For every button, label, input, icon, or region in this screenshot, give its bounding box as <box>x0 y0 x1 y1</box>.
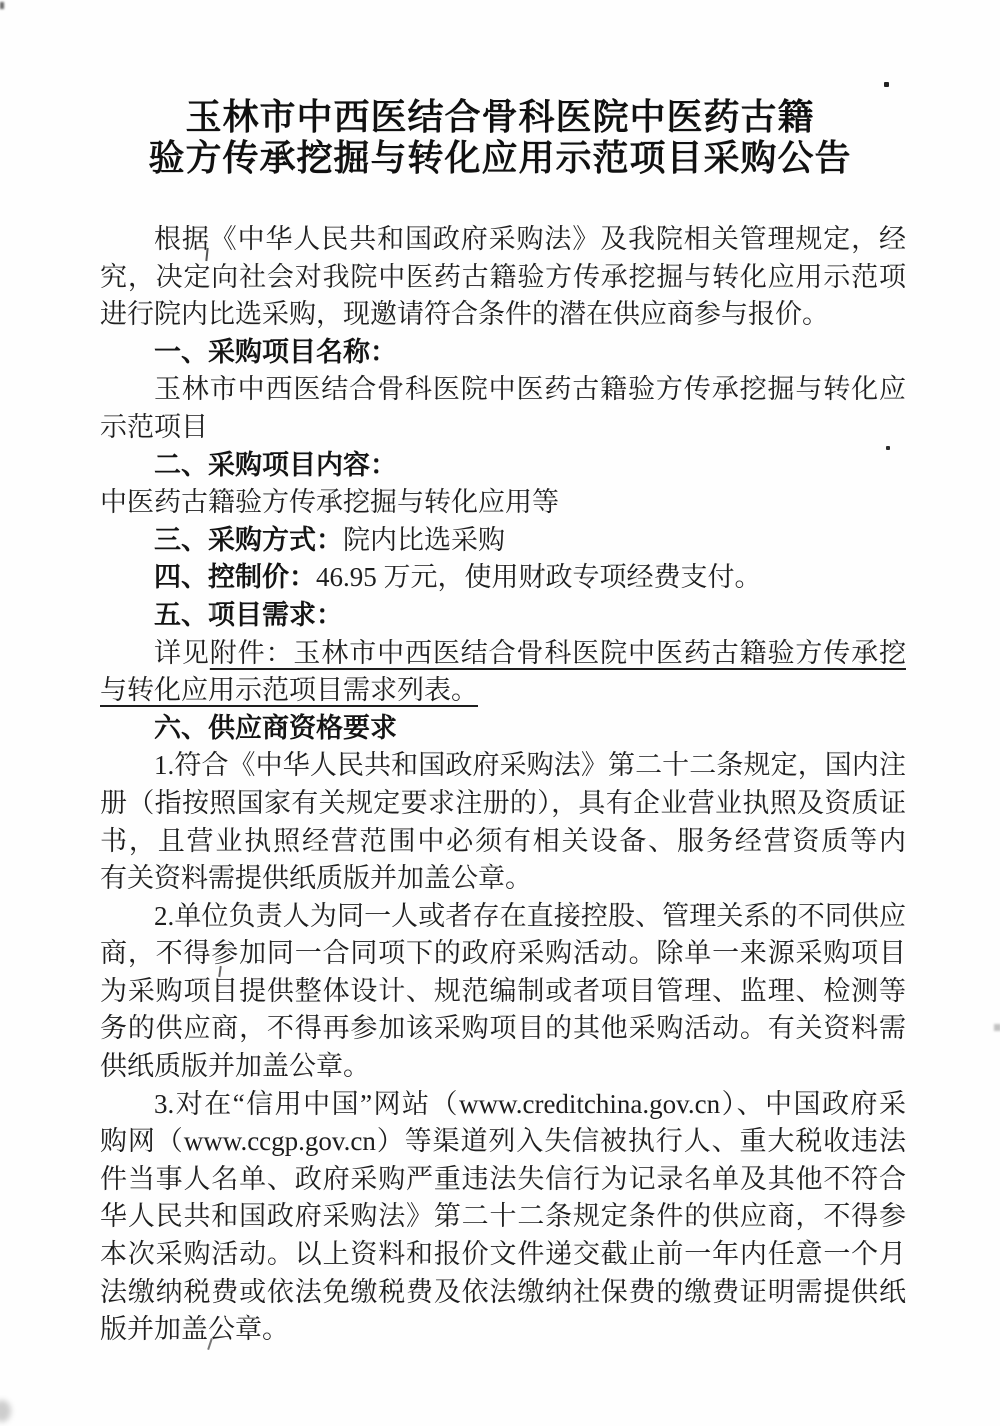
item3-line-5: 本次采购活动。以上资料和报价文件递交截止前一年内任意一个月依 <box>100 1236 906 1274</box>
scan-speck <box>884 82 889 87</box>
section1-heading-text: 一、采购项目名称： <box>154 337 397 367</box>
item3-line-1: 3.对在“信用中国”网站（www.creditchina.gov.cn）、中国政… <box>100 1086 906 1124</box>
section4-value: 46.95 万元，使用财政专项经费支付。 <box>316 562 762 592</box>
item2-line-1: 2.单位负责人为同一人或者存在直接控股、管理关系的不同供应 <box>100 898 906 936</box>
intro-line-2: 究，决定向社会对我院中医药古籍验方传承挖掘与转化应用示范项目 <box>100 259 906 297</box>
item1-line-2: 册（指按照国家有关规定要求注册的），具有企业营业执照及资质证 <box>100 785 906 823</box>
item2-line-5: 供纸质版并加盖公章。 <box>100 1048 906 1086</box>
section5-attachment-reference-cont: 与转化应用示范项目需求列表。 <box>100 675 478 705</box>
scan-speck <box>994 1024 1000 1031</box>
title-line-1: 玉林市中西医结合骨科医院中医药古籍 <box>97 97 903 138</box>
item1-line-1: 1.符合《中华人民共和国政府采购法》第二十二条规定，国内注 <box>100 747 906 785</box>
item3-line-7: 版并加盖公章。 <box>100 1311 906 1349</box>
section2-content: 中医药古籍验方传承挖掘与转化应用等 <box>100 484 906 522</box>
scanned-document-page: 玉林市中西医结合骨科医院中医药古籍 验方传承挖掘与转化应用示范项目采购公告 根据… <box>0 0 1000 1426</box>
item3-line-2: 购网（www.ccgp.gov.cn）等渠道列入失信被执行人、重大税收违法案 <box>100 1123 906 1161</box>
item1-line-3: 书，且营业执照经营范围中必须有相关设备、服务经营资质等内容。 <box>100 823 906 861</box>
item3-line-3: 件当事人名单、政府采购严重违法失信行为记录名单及其他不符合《中 <box>100 1161 906 1199</box>
section1-line-2: 示范项目 <box>100 409 906 447</box>
item3-line-4: 华人民共和国政府采购法》第二十二条规定条件的供应商，不得参与 <box>100 1198 906 1236</box>
title-line-2: 验方传承挖掘与转化应用示范项目采购公告 <box>97 138 903 179</box>
section1-line-1: 玉林市中西医结合骨科医院中医药古籍验方传承挖掘与转化应用 <box>100 371 906 409</box>
scan-speck <box>0 2 4 9</box>
section6-heading-text: 六、供应商资格要求 <box>154 713 397 743</box>
section3-line: 三、采购方式：院内比选采购 <box>100 522 906 560</box>
section3-value: 院内比选采购 <box>343 525 505 555</box>
section4-heading-text: 四、控制价： <box>154 562 316 592</box>
section4-line: 四、控制价：46.95 万元，使用财政专项经费支付。 <box>100 559 906 597</box>
section5-attachment-reference: 附件：玉林市中西医结合骨科医院中医药古籍验方传承挖掘 <box>100 638 906 673</box>
section1-heading: 一、采购项目名称： <box>100 334 906 372</box>
section5-heading-text: 五、项目需求： <box>154 600 343 630</box>
section2-heading: 二、采购项目内容： <box>100 447 906 485</box>
intro-line-1: 根据《中华人民共和国政府采购法》及我院相关管理规定，经研 <box>100 221 906 259</box>
item2-line-4: 务的供应商，不得再参加该采购项目的其他采购活动。有关资料需提 <box>100 1010 906 1048</box>
document-title: 玉林市中西医结合骨科医院中医药古籍 验方传承挖掘与转化应用示范项目采购公告 <box>97 97 903 179</box>
section5-line-2: 与转化应用示范项目需求列表。 <box>100 672 906 710</box>
item3-line-6: 法缴纳税费或依法免缴税费及依法缴纳社保费的缴费证明需提供纸质 <box>100 1274 906 1312</box>
section5-heading: 五、项目需求： <box>100 597 906 635</box>
section3-heading-text: 三、采购方式： <box>154 525 343 555</box>
scan-speck <box>129 501 132 504</box>
section5-line-1: 详见附件：玉林市中西医结合骨科医院中医药古籍验方传承挖掘 <box>100 635 906 673</box>
scan-speck <box>886 446 890 450</box>
item1-line-4: 有关资料需提供纸质版并加盖公章。 <box>100 860 906 898</box>
item2-line-3: 为采购项目提供整体设计、规范编制或者项目管理、监理、检测等服 <box>100 973 906 1011</box>
intro-line-3: 进行院内比选采购，现邀请符合条件的潜在供应商参与报价。 <box>100 296 906 334</box>
scan-corner-blob <box>0 1400 11 1422</box>
section5-prefix: 详见 <box>154 638 210 668</box>
section6-heading: 六、供应商资格要求 <box>100 710 906 748</box>
document-body: 根据《中华人民共和国政府采购法》及我院相关管理规定，经研 究，决定向社会对我院中… <box>100 221 906 1349</box>
section2-heading-text: 二、采购项目内容： <box>154 450 397 480</box>
